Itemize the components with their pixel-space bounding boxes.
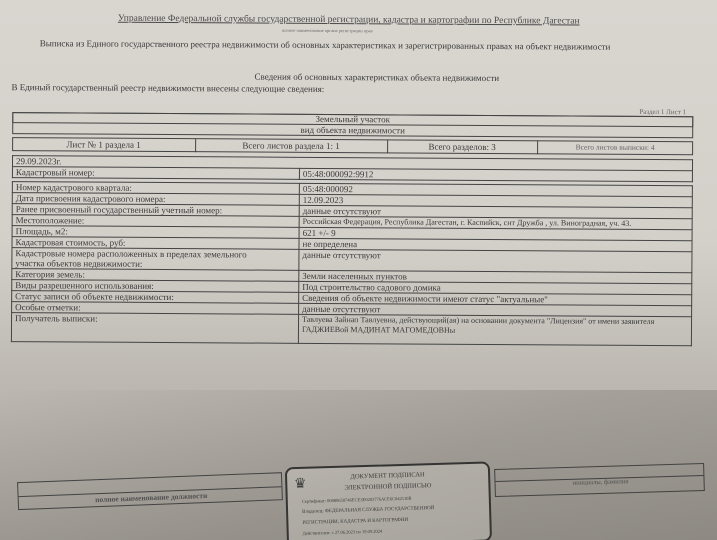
row-label: Кадастровые номера расположенных в преде…: [12, 248, 299, 271]
position-box: полное наименование должности: [17, 472, 283, 510]
total-sections: Всего разделов: 3: [387, 141, 537, 152]
document-page: Управление Федеральной службы государств…: [0, 0, 717, 540]
stamp-certificate: Сертификат: 00880658746ЕСЕЗЕ0203776АСЕ6С…: [302, 496, 412, 504]
row-label: Получатель выписки:: [11, 313, 298, 344]
intro-text: В Единый государственный реестр недвижим…: [11, 82, 324, 94]
stamp-owner-2: РЕГИСТРАЦИИ, КАДАСТРА И КАРТОГРАФИИ: [302, 518, 408, 526]
stamp-subtitle: ЭЛЕКТРОННОЙ ПОДПИСЬЮ: [287, 480, 488, 493]
total-sheets-section: Всего листов раздела 1: 1: [195, 140, 387, 151]
organization-name: Управление Федеральной службы государств…: [118, 14, 580, 27]
extract-title: Выписка из Единого государственного реес…: [40, 38, 611, 51]
name-box: инициалы, фамилия: [494, 463, 705, 497]
total-sheets-extract: Всего листов выписки: 4: [537, 142, 693, 152]
electronic-signature-stamp: ♛ ДОКУМЕНТ ПОДПИСАН ЭЛЕКТРОННОЙ ПОДПИСЬЮ…: [285, 461, 492, 540]
stamp-validity: Действителен: с 27.06.2023 по 19.09.2024: [303, 529, 383, 536]
table-row: Получатель выписки: Тавлуева Зайнап Тавл…: [11, 313, 691, 346]
row-value: данные отсутствуют: [299, 249, 692, 272]
characteristics-table: 29.09.2023г. Кадастровый номер: 05:48:00…: [11, 155, 693, 346]
section-sheet-label: Раздел 1 Лист 1: [639, 108, 686, 116]
section-title: Сведения об основных характеристиках объ…: [255, 72, 500, 83]
organization-caption: полное наименование органа регистрации п…: [282, 28, 373, 34]
row-value: Тавлуева Зайнап Тавлуевна, действующий(а…: [298, 314, 691, 345]
sheet-number: Лист № 1 раздела 1: [12, 139, 195, 150]
stamp-owner: Владелец: ФЕДЕРАЛЬНАЯ СЛУЖБА ГОСУДАРСТВЕ…: [302, 506, 434, 515]
